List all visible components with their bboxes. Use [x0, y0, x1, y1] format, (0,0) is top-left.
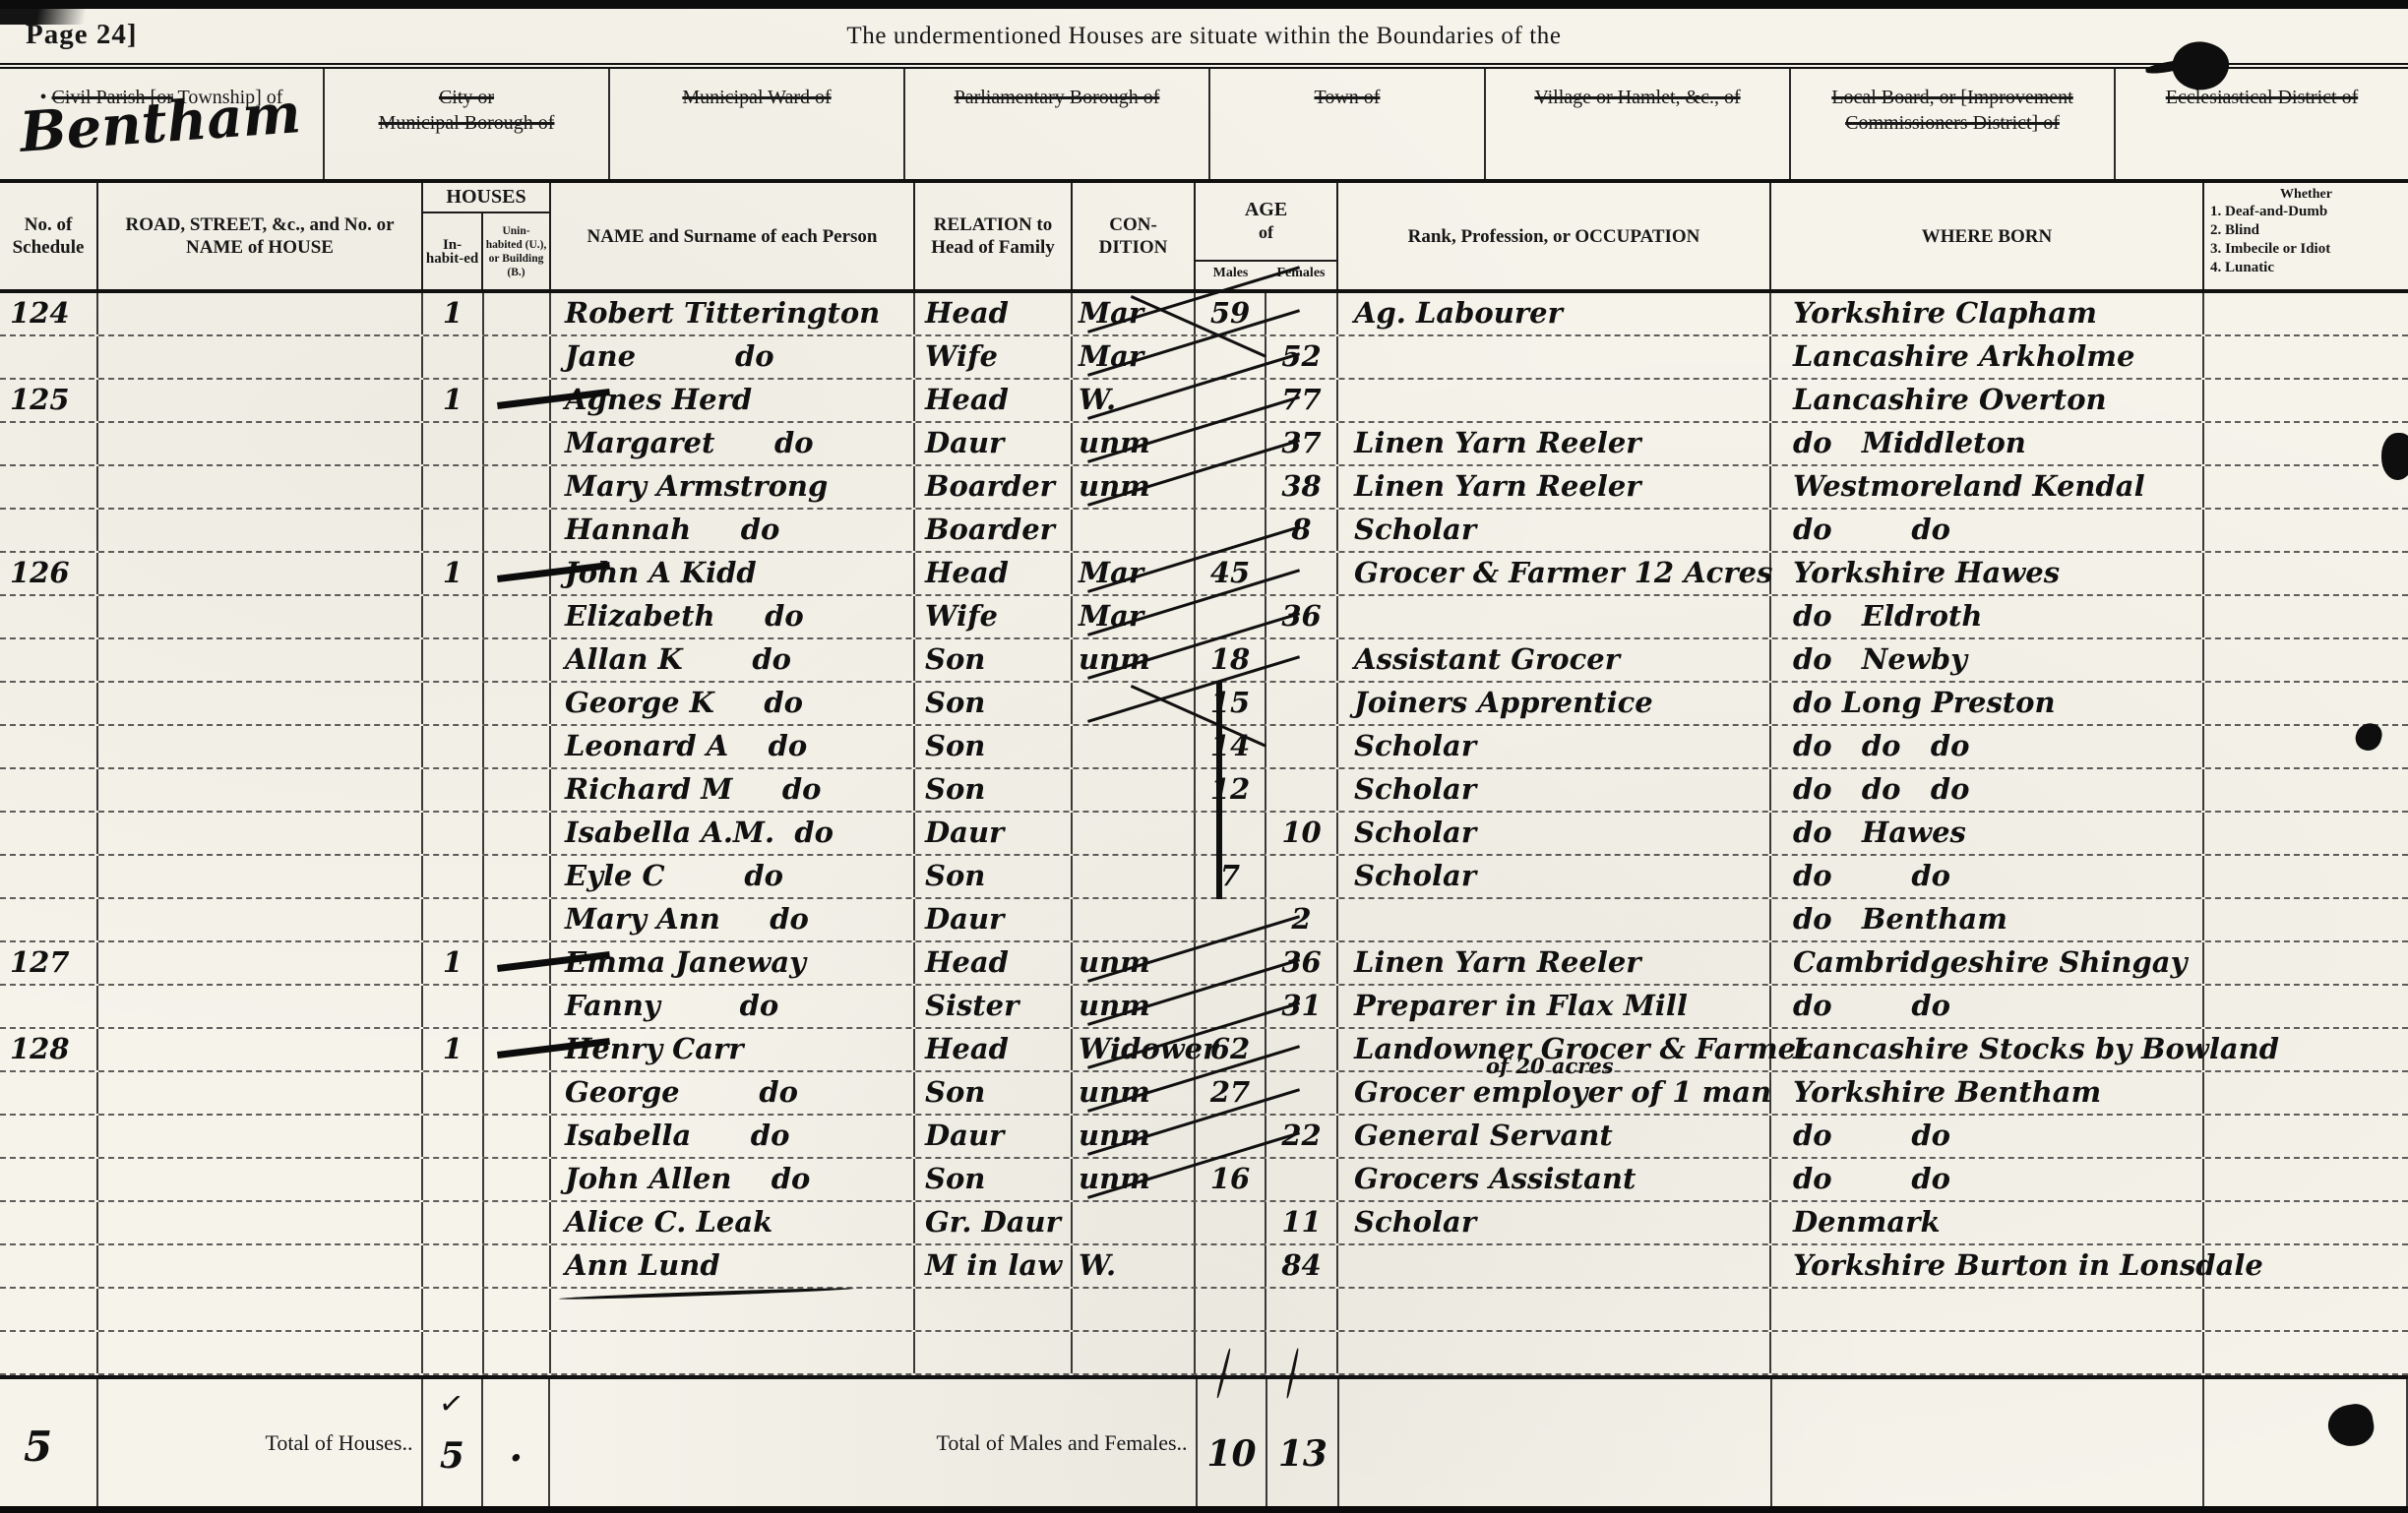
cell-age-female — [1266, 1289, 1338, 1330]
cell-relation: Son — [915, 769, 1073, 811]
cell-uninhabited — [484, 1029, 551, 1070]
cell-age-male — [1196, 1202, 1266, 1243]
cell-condition: unm — [1073, 423, 1196, 464]
cell-where-born: do do do — [1771, 769, 2204, 811]
jurisdiction-cell-ecclesiastical: Ecclesiastical District of — [2116, 69, 2408, 179]
cell-age-female: 52 — [1266, 336, 1338, 378]
cell-where-born: Yorkshire Hawes — [1771, 553, 2204, 594]
cell-road — [98, 986, 423, 1027]
cell-infirmities — [2204, 769, 2408, 811]
cell-condition: Mar — [1073, 336, 1196, 378]
cell-where-born: Cambridgeshire Shingay — [1771, 942, 2204, 984]
cell-road — [98, 1332, 423, 1373]
cell-age-female: 37 — [1266, 423, 1338, 464]
cell-road — [98, 1202, 423, 1243]
cell-where-born: Denmark — [1771, 1202, 2204, 1243]
cell-schedule-number — [0, 423, 98, 464]
cell-inhabited — [423, 1245, 484, 1287]
cell-inhabited — [423, 769, 484, 811]
cell-infirmities — [2204, 1159, 2408, 1200]
cell-occupation: Scholar — [1338, 856, 1771, 897]
cell-road — [98, 596, 423, 637]
table-row: Ann Lund M in law W. 84 Yorkshire Burton… — [0, 1245, 2408, 1289]
cell-condition: unm — [1073, 1072, 1196, 1114]
jurisdiction-cell-town: Town of — [1210, 69, 1486, 179]
cell-age-female: 8 — [1266, 510, 1338, 551]
cell-infirmities — [2204, 639, 2408, 681]
col-header-schedule: No. of Schedule — [0, 183, 98, 289]
cell-road — [98, 1072, 423, 1114]
page-number-label: Page 24] — [26, 19, 138, 51]
cell-name: Alice C. Leak — [551, 1202, 915, 1243]
cell-inhabited — [423, 423, 484, 464]
cell-occupation: Preparer in Flax Mill — [1338, 986, 1771, 1027]
cell-road — [98, 1029, 423, 1070]
cell-where-born: Yorkshire Burton in Lonsdale — [1771, 1245, 2204, 1287]
cell-relation: Boarder — [915, 510, 1073, 551]
cell-age-male — [1196, 813, 1266, 854]
cell-infirmities — [2204, 899, 2408, 940]
cell-schedule-number — [0, 856, 98, 897]
cell-occupation — [1338, 1245, 1771, 1287]
table-row — [0, 1332, 2408, 1375]
cell-relation: Son — [915, 1159, 1073, 1200]
check-mark: ✓ — [436, 1385, 465, 1423]
table-row: George do Son unm 27 of 20 acresGrocer e… — [0, 1072, 2408, 1116]
cell-inhabited — [423, 899, 484, 940]
cell-inhabited: 1 — [423, 380, 484, 421]
cell-age-male: 27 — [1196, 1072, 1266, 1114]
table-body: 124 1 Robert Titterington Head Mar 59 Ag… — [0, 293, 2408, 1375]
table-row — [0, 1289, 2408, 1332]
cell-age-male — [1196, 466, 1266, 508]
cell-occupation: Scholar — [1338, 813, 1771, 854]
cell-relation: Boarder — [915, 466, 1073, 508]
cell-occupation: Scholar — [1338, 769, 1771, 811]
cell-occupation — [1338, 899, 1771, 940]
jurisdiction-cell-borough: City or Municipal Borough of — [325, 69, 610, 179]
cell-inhabited: 1 — [423, 293, 484, 334]
cell-where-born: do do do — [1771, 726, 2204, 767]
cell-name: John Allen do — [551, 1159, 915, 1200]
totals-occupation-blank — [1339, 1379, 1771, 1506]
cell-age-male: 18 — [1196, 639, 1266, 681]
cell-name: John A Kidd — [551, 553, 915, 594]
cell-condition: W. — [1073, 380, 1196, 421]
cell-age-male — [1196, 336, 1266, 378]
col-header-males: Males — [1196, 262, 1266, 289]
cell-where-born — [1771, 1332, 2204, 1373]
cell-age-female — [1266, 856, 1338, 897]
table-row: Alice C. Leak Gr. Daur 11 Scholar Denmar… — [0, 1202, 2408, 1245]
cell-schedule-number — [0, 466, 98, 508]
cell-occupation: Linen Yarn Reeler — [1338, 423, 1771, 464]
cell-occupation — [1338, 596, 1771, 637]
cell-road — [98, 726, 423, 767]
cell-uninhabited — [484, 856, 551, 897]
cell-road — [98, 813, 423, 854]
cell-age-male: 62 — [1196, 1029, 1266, 1070]
cell-infirmities — [2204, 1202, 2408, 1243]
cell-schedule-number — [0, 596, 98, 637]
cell-age-male — [1196, 1245, 1266, 1287]
cell-inhabited: 1 — [423, 1029, 484, 1070]
cell-uninhabited — [484, 596, 551, 637]
cell-uninhabited — [484, 423, 551, 464]
cell-uninhabited — [484, 726, 551, 767]
cell-uninhabited — [484, 380, 551, 421]
cell-road — [98, 856, 423, 897]
cell-relation: Son — [915, 1072, 1073, 1114]
cell-schedule-number: 127 — [0, 942, 98, 984]
cell-age-male — [1196, 596, 1266, 637]
cell-name: Elizabeth do — [551, 596, 915, 637]
cell-schedule-number — [0, 769, 98, 811]
cell-condition — [1073, 510, 1196, 551]
cell-relation — [915, 1289, 1073, 1330]
cell-age-male: 12 — [1196, 769, 1266, 811]
cell-schedule-number: 128 — [0, 1029, 98, 1070]
table-row: 127 1 Emma Janeway Head unm 36 Linen Yar… — [0, 942, 2408, 986]
cell-schedule-number: 126 — [0, 553, 98, 594]
cell-road — [98, 1245, 423, 1287]
cell-infirmities — [2204, 1072, 2408, 1114]
cell-condition: W. — [1073, 1245, 1196, 1287]
cell-age-male — [1196, 986, 1266, 1027]
cell-inhabited — [423, 1072, 484, 1114]
cell-inhabited — [423, 813, 484, 854]
cell-relation: M in law — [915, 1245, 1073, 1287]
cell-inhabited — [423, 1332, 484, 1373]
cell-uninhabited — [484, 986, 551, 1027]
cell-uninhabited — [484, 1332, 551, 1373]
cell-relation: Head — [915, 1029, 1073, 1070]
cell-schedule-number — [0, 899, 98, 940]
cell-condition: unm — [1073, 639, 1196, 681]
cell-inhabited — [423, 726, 484, 767]
scan-edge-bottom — [0, 1506, 2408, 1513]
cell-infirmities — [2204, 813, 2408, 854]
cell-infirmities — [2204, 553, 2408, 594]
cell-where-born: do do — [1771, 986, 2204, 1027]
cell-where-born: do Newby — [1771, 639, 2204, 681]
cell-uninhabited — [484, 336, 551, 378]
cell-age-female: 2 — [1266, 899, 1338, 940]
cell-age-female: 36 — [1266, 596, 1338, 637]
column-header-row: No. of Schedule ROAD, STREET, &c., and N… — [0, 183, 2408, 293]
cell-name: George do — [551, 1072, 915, 1114]
cell-inhabited — [423, 639, 484, 681]
col-header-name: NAME and Surname of each Person — [551, 183, 915, 289]
cell-condition: Widower — [1073, 1029, 1196, 1070]
cell-uninhabited — [484, 1159, 551, 1200]
table-row: Mary Ann do Daur 2 do Bentham — [0, 899, 2408, 942]
cell-uninhabited — [484, 1072, 551, 1114]
table-row: Margaret do Daur unm 37 Linen Yarn Reele… — [0, 423, 2408, 466]
cell-name: Margaret do — [551, 423, 915, 464]
cell-road — [98, 1116, 423, 1157]
cell-relation: Son — [915, 856, 1073, 897]
cell-name: Richard M do — [551, 769, 915, 811]
cell-age-male: 45 — [1196, 553, 1266, 594]
table-row: Mary Armstrong Boarder unm 38 Linen Yarn… — [0, 466, 2408, 510]
cell-infirmities — [2204, 1332, 2408, 1373]
cell-road — [98, 510, 423, 551]
cell-occupation — [1338, 1289, 1771, 1330]
cell-age-female — [1266, 769, 1338, 811]
col-header-uninhabited: Unin-habited (U.), or Building (B.) — [483, 213, 549, 289]
cell-occupation: Scholar — [1338, 510, 1771, 551]
table-row: Elizabeth do Wife Mar 36 do Eldroth — [0, 596, 2408, 639]
cell-uninhabited — [484, 1289, 551, 1330]
cell-schedule-number — [0, 1332, 98, 1373]
cell-uninhabited — [484, 942, 551, 984]
cell-age-female: 36 — [1266, 942, 1338, 984]
cell-age-male — [1196, 1289, 1266, 1330]
cell-name: Ann Lund — [551, 1245, 915, 1287]
cell-age-female — [1266, 553, 1338, 594]
cell-where-born: Westmoreland Kendal — [1771, 466, 2204, 508]
cell-schedule-number — [0, 1202, 98, 1243]
cell-road — [98, 293, 423, 334]
table-row: Hannah do Boarder 8 Scholar do do — [0, 510, 2408, 553]
cell-age-female — [1266, 1332, 1338, 1373]
cell-relation: Son — [915, 683, 1073, 724]
cell-name: Isabella A.M. do — [551, 813, 915, 854]
jurisdiction-row: • Civil Parish [or Township] of Bentham … — [0, 63, 2408, 183]
cell-condition — [1073, 1332, 1196, 1373]
cell-relation: Daur — [915, 1116, 1073, 1157]
totals-row: 5 Total of Houses.. ✓ 5 . Total of Males… — [0, 1375, 2408, 1506]
cell-where-born: do Hawes — [1771, 813, 2204, 854]
cell-infirmities — [2204, 336, 2408, 378]
cell-road — [98, 380, 423, 421]
cell-condition — [1073, 899, 1196, 940]
ink-blot — [2381, 433, 2408, 480]
table-row: John Allen do Son unm 16 Grocers Assista… — [0, 1159, 2408, 1202]
cell-schedule-number — [0, 1072, 98, 1114]
cell-name: Allan K do — [551, 639, 915, 681]
cell-inhabited — [423, 986, 484, 1027]
cell-inhabited: 1 — [423, 553, 484, 594]
cell-uninhabited — [484, 769, 551, 811]
cell-inhabited — [423, 466, 484, 508]
cell-age-male — [1196, 1332, 1266, 1373]
cell-name: George K do — [551, 683, 915, 724]
cell-road — [98, 466, 423, 508]
table-row: Jane do Wife Mar 52 Lancashire Arkholme — [0, 336, 2408, 380]
cell-relation: Head — [915, 553, 1073, 594]
cell-occupation: Scholar — [1338, 1202, 1771, 1243]
cell-where-born: do Long Preston — [1771, 683, 2204, 724]
cell-schedule-number — [0, 336, 98, 378]
cell-schedule-number — [0, 683, 98, 724]
cell-where-born: Yorkshire Clapham — [1771, 293, 2204, 334]
cell-relation: Son — [915, 639, 1073, 681]
col-header-age-group: AGE of Males Females — [1196, 183, 1338, 289]
cell-road — [98, 769, 423, 811]
table-row: Allan K do Son unm 18 Assistant Grocer d… — [0, 639, 2408, 683]
cell-name: Isabella do — [551, 1116, 915, 1157]
cell-age-female — [1266, 1029, 1338, 1070]
table-row: Eyle C do Son 7 Scholar do do — [0, 856, 2408, 899]
cell-infirmities — [2204, 596, 2408, 637]
cell-where-born — [1771, 1289, 2204, 1330]
cell-inhabited — [423, 1289, 484, 1330]
cell-schedule-number — [0, 1245, 98, 1287]
cell-uninhabited — [484, 683, 551, 724]
header-band: Page 24] The undermentioned Houses are s… — [0, 9, 2408, 63]
totals-houses-label: Total of Houses.. — [98, 1379, 423, 1506]
cell-age-male: 59 — [1196, 293, 1266, 334]
cell-infirmities — [2204, 683, 2408, 724]
cell-occupation: Assistant Grocer — [1338, 639, 1771, 681]
col-header-houses-group: HOUSES In-habit-ed Unin-habited (U.), or… — [423, 183, 551, 289]
cell-age-male — [1196, 423, 1266, 464]
cell-occupation: General Servant — [1338, 1116, 1771, 1157]
cell-name: Emma Janeway — [551, 942, 915, 984]
cell-where-born: do do — [1771, 856, 2204, 897]
cell-name — [551, 1332, 915, 1373]
cell-inhabited: 1 — [423, 942, 484, 984]
totals-males-females-label: Total of Males and Females.. — [550, 1379, 1197, 1506]
col-header-where-born: WHERE BORN — [1771, 183, 2204, 289]
cell-age-female: 11 — [1266, 1202, 1338, 1243]
cell-age-male: 14 — [1196, 726, 1266, 767]
cell-infirmities — [2204, 1245, 2408, 1287]
cell-age-female: 84 — [1266, 1245, 1338, 1287]
cell-infirmities — [2204, 510, 2408, 551]
cell-where-born: Lancashire Overton — [1771, 380, 2204, 421]
cell-occupation: Linen Yarn Reeler — [1338, 942, 1771, 984]
col-header-infirmities: Whether 1. Deaf-and-Dumb 2. Blind 3. Imb… — [2204, 183, 2408, 289]
totals-uninhabited-dot: . — [483, 1379, 550, 1506]
cell-where-born: do do — [1771, 510, 2204, 551]
cell-infirmities — [2204, 1029, 2408, 1070]
cell-where-born: do do — [1771, 1159, 2204, 1200]
cell-occupation: Linen Yarn Reeler — [1338, 466, 1771, 508]
cell-inhabited — [423, 1116, 484, 1157]
cell-occupation — [1338, 380, 1771, 421]
cell-condition: Mar — [1073, 293, 1196, 334]
cell-uninhabited — [484, 466, 551, 508]
cell-road — [98, 423, 423, 464]
totals-houses-value: ✓ 5 — [423, 1379, 484, 1506]
cell-condition — [1073, 726, 1196, 767]
cell-condition — [1073, 813, 1196, 854]
cell-name: Hannah do — [551, 510, 915, 551]
col-header-females: Females — [1266, 262, 1336, 289]
table-row: Fanny do Sister unm 31 Preparer in Flax … — [0, 986, 2408, 1029]
cell-uninhabited — [484, 553, 551, 594]
col-header-inhabited: In-habit-ed — [423, 213, 483, 289]
col-header-condition: CON- DITION — [1073, 183, 1196, 289]
table-row: Isabella A.M. do Daur 10 Scholar do Hawe… — [0, 813, 2408, 856]
cell-age-female — [1266, 639, 1338, 681]
cell-schedule-number — [0, 813, 98, 854]
cell-where-born: do Eldroth — [1771, 596, 2204, 637]
cell-age-female: 10 — [1266, 813, 1338, 854]
cell-condition — [1073, 683, 1196, 724]
totals-males-value: 10 — [1198, 1379, 1268, 1506]
table-row: 128 1 Henry Carr Head Widower 62 Landown… — [0, 1029, 2408, 1072]
cell-age-female — [1266, 726, 1338, 767]
table-row: 126 1 John A Kidd Head Mar 45 Grocer & F… — [0, 553, 2408, 596]
cell-schedule-number: 125 — [0, 380, 98, 421]
cell-inhabited — [423, 856, 484, 897]
cell-schedule-number — [0, 1116, 98, 1157]
jurisdiction-cell-township: • Civil Parish [or Township] of Bentham — [0, 69, 325, 179]
cell-infirmities — [2204, 856, 2408, 897]
cell-name: Mary Armstrong — [551, 466, 915, 508]
cell-relation — [915, 1332, 1073, 1373]
cell-relation: Head — [915, 380, 1073, 421]
cell-uninhabited — [484, 899, 551, 940]
col-header-road: ROAD, STREET, &c., and No. or NAME of HO… — [98, 183, 423, 289]
cell-infirmities — [2204, 942, 2408, 984]
cell-relation: Son — [915, 726, 1073, 767]
cell-where-born: Lancashire Arkholme — [1771, 336, 2204, 378]
cell-inhabited — [423, 1159, 484, 1200]
table-row: Isabella do Daur unm 22 General Servant … — [0, 1116, 2408, 1159]
cell-condition: Mar — [1073, 596, 1196, 637]
cell-occupation — [1338, 336, 1771, 378]
cell-relation: Daur — [915, 813, 1073, 854]
cell-age-male — [1196, 510, 1266, 551]
cell-occupation: Grocer & Farmer 12 Acres — [1338, 553, 1771, 594]
cell-infirmities — [2204, 380, 2408, 421]
cell-uninhabited — [484, 293, 551, 334]
cell-where-born: do do — [1771, 1116, 2204, 1157]
cell-relation: Head — [915, 293, 1073, 334]
cell-where-born: do Middleton — [1771, 423, 2204, 464]
cell-age-female: 22 — [1266, 1116, 1338, 1157]
cell-relation: Wife — [915, 596, 1073, 637]
cell-age-male — [1196, 380, 1266, 421]
cell-schedule-number: 124 — [0, 293, 98, 334]
township-name-handwritten: Bentham — [19, 100, 301, 146]
cell-occupation: Grocers Assistant — [1338, 1159, 1771, 1200]
cell-inhabited — [423, 683, 484, 724]
cell-name: Fanny do — [551, 986, 915, 1027]
cell-road — [98, 639, 423, 681]
cell-occupation: Joiners Apprentice — [1338, 683, 1771, 724]
cell-age-male — [1196, 1116, 1266, 1157]
cell-schedule-number — [0, 1289, 98, 1330]
cell-age-female — [1266, 1159, 1338, 1200]
cell-condition — [1073, 1202, 1196, 1243]
cell-occupation — [1338, 1332, 1771, 1373]
cell-condition: unm — [1073, 466, 1196, 508]
cell-infirmities — [2204, 1289, 2408, 1330]
cell-name: Henry Carr — [551, 1029, 915, 1070]
cell-relation: Daur — [915, 423, 1073, 464]
cell-name: Robert Titterington — [551, 293, 915, 334]
jurisdiction-cell-ward: Municipal Ward of — [610, 69, 905, 179]
cell-age-male: 15 — [1196, 683, 1266, 724]
cell-condition: unm — [1073, 1159, 1196, 1200]
cell-road — [98, 1159, 423, 1200]
cell-occupation: of 20 acresGrocer employer of 1 man — [1338, 1072, 1771, 1114]
cell-inhabited — [423, 510, 484, 551]
cell-schedule-number — [0, 639, 98, 681]
cell-infirmities — [2204, 986, 2408, 1027]
cell-uninhabited — [484, 1202, 551, 1243]
jurisdiction-cell-village: Village or Hamlet, &c., of — [1486, 69, 1791, 179]
cell-schedule-number — [0, 726, 98, 767]
cell-name: Leonard A do — [551, 726, 915, 767]
cell-uninhabited — [484, 1245, 551, 1287]
